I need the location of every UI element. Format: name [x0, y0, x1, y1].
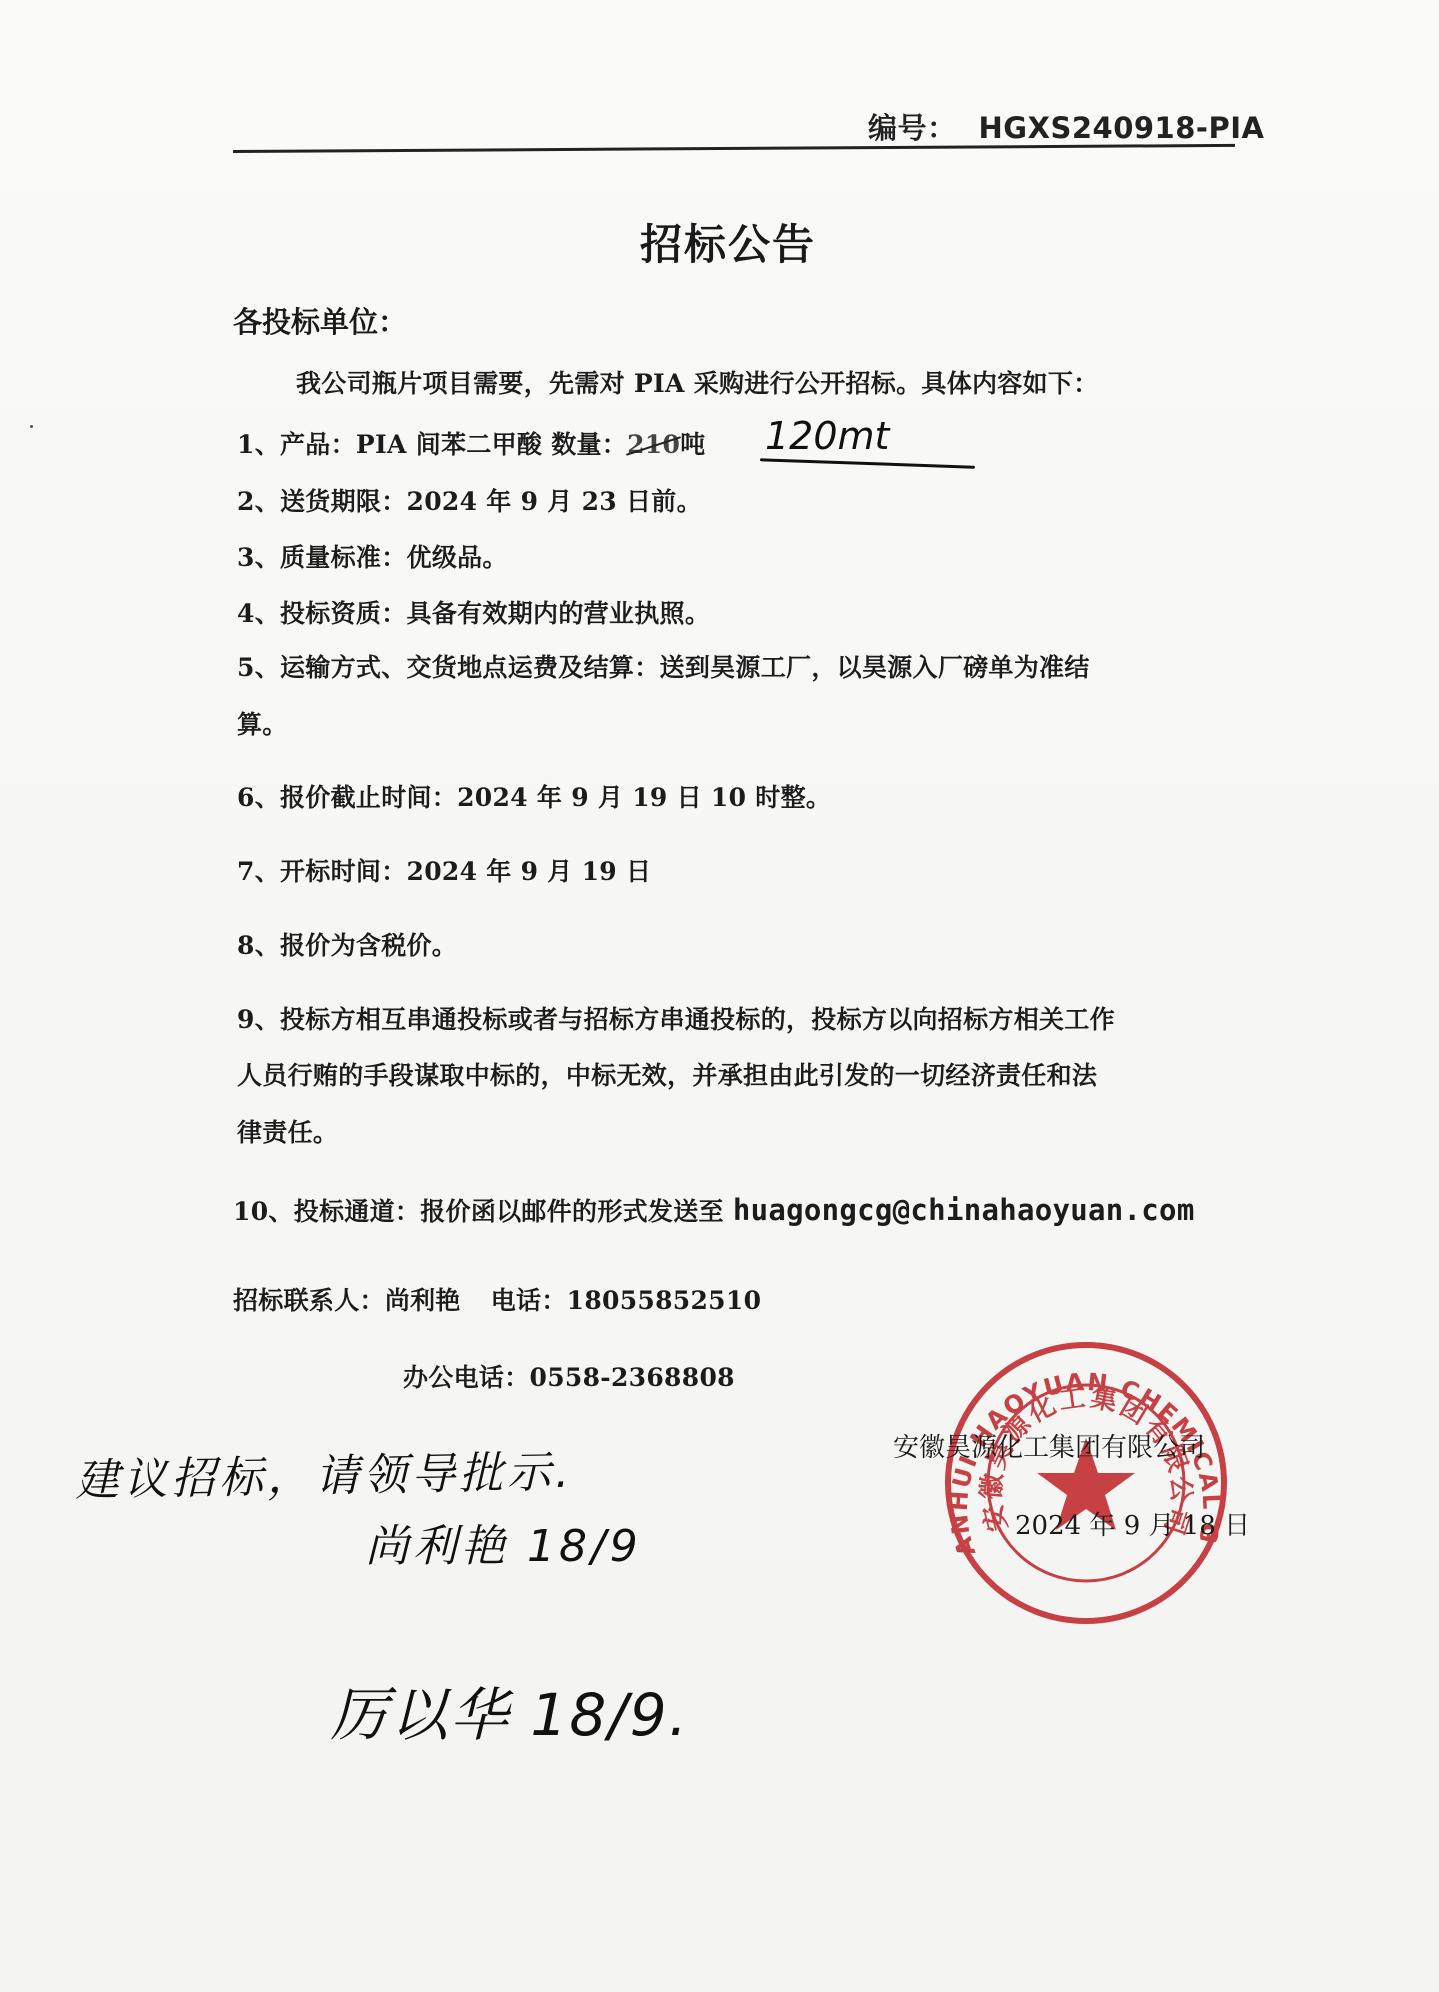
header-rule [233, 144, 1235, 153]
handwritten-underline [760, 458, 975, 469]
item-index: 5、 [237, 653, 280, 682]
item-9-continued-2: 律责任。 [237, 1113, 338, 1149]
item-index: 10、 [233, 1197, 294, 1226]
item-label: 投标资质： [280, 599, 407, 628]
item-text: 报价函以邮件的形式发送至 [420, 1197, 733, 1226]
page-title: 招标公告 [640, 212, 816, 272]
item-5: 5、运输方式、交货地点运费及结算：送到昊源工厂，以昊源入厂磅单为准结 [237, 648, 1090, 684]
item-1: 1、产品：PIA 间苯二甲酸 数量：210吨 [237, 425, 706, 461]
issue-date: 2024 年 9 月 18 日 [1015, 1505, 1250, 1542]
item-9-continued: 人员行贿的手段谋取中标的，中标无效，并承担由此引发的一切经济责任和法 [237, 1056, 1097, 1092]
item-2: 2、送货期限：2024 年 9 月 23 日前。 [237, 482, 702, 518]
item-index: 1、 [237, 430, 280, 459]
document-page: 编号：HGXS240918-PIA 招标公告 各投标单位： 我公司瓶片项目需要，… [0, 0, 1439, 1992]
item-5-continued: 算。 [237, 705, 288, 741]
item-label: 送货期限： [280, 487, 407, 516]
item-label: 质量标准： [280, 543, 407, 572]
item-8: 8、报价为含税价。 [237, 926, 457, 962]
item-label: 运输方式、交货地点运费及结算： [280, 653, 660, 682]
item-text: 报价为含税价。 [280, 931, 457, 960]
quantity-unit: 吨 [680, 430, 705, 459]
office-phone-label: 办公电话： [403, 1363, 530, 1392]
salutation: 各投标单位： [233, 300, 407, 341]
handwritten-recommendation: 建议招标，请领导批示. [74, 1436, 573, 1509]
item-index: 8、 [237, 931, 280, 960]
contact-label: 招标联系人： [233, 1286, 385, 1315]
item-3: 3、质量标准：优级品。 [237, 538, 508, 574]
item-text: 具备有效期内的营业执照。 [407, 599, 711, 628]
item-text: 优级品。 [407, 543, 508, 572]
contact-line: 招标联系人：尚利艳电话：18055852510 [233, 1281, 761, 1317]
office-phone-line: 办公电话：0558-2368808 [403, 1358, 735, 1394]
item-index: 6、 [237, 783, 280, 812]
item-text: 2024 年 9 月 19 日 10 时整。 [457, 783, 831, 812]
item-10: 10、投标通道：报价函以邮件的形式发送至 huagongcg@chinahaoy… [233, 1192, 1195, 1228]
handwritten-quantity: 120mt [765, 414, 889, 458]
issuer-company: 安徽昊源化工集团有限公司 [893, 1427, 1205, 1464]
office-phone: 0558-2368808 [530, 1363, 735, 1392]
document-number-label: 编号： [868, 111, 957, 145]
item-index: 2、 [237, 487, 280, 516]
item-4: 4、投标资质：具备有效期内的营业执照。 [237, 594, 710, 630]
item-label: 产品： [280, 430, 356, 459]
struck-quantity: 210 [627, 430, 680, 459]
item-label: 报价截止时间： [280, 783, 457, 812]
contact-name: 尚利艳 [385, 1286, 461, 1315]
item-7: 7、开标时间：2024 年 9 月 19 日 [237, 852, 651, 888]
handwritten-approval-signature: 厉以华 18/9. [330, 1668, 689, 1752]
item-6: 6、报价截止时间：2024 年 9 月 19 日 10 时整。 [237, 778, 831, 814]
intro-paragraph: 我公司瓶片项目需要，先需对 PIA 采购进行公开招标。具体内容如下： [296, 364, 1099, 400]
company-seal-stamp: ANHUI HAOYUAN CHEMICAL GROUP CO.,LTD 安徽昊… [936, 1338, 1236, 1628]
item-index: 7、 [237, 857, 280, 886]
document-number-value: HGXS240918-PIA [979, 111, 1265, 145]
item-text: 投标方相互串通投标或者与招标方串通投标的，投标方以向招标方相关工作 [280, 1005, 1115, 1034]
phone-label: 电话： [491, 1286, 567, 1315]
scan-speck [30, 425, 33, 428]
bid-email-link[interactable]: huagongcg@chinahaoyuan.com [733, 1193, 1195, 1227]
item-text: 2024 年 9 月 19 日 [407, 857, 652, 886]
item-label: 开标时间： [280, 857, 407, 886]
item-index: 9、 [237, 1005, 280, 1034]
item-text: 送到昊源工厂，以昊源入厂磅单为准结 [660, 653, 1090, 682]
item-label: 投标通道： [294, 1197, 421, 1226]
document-number: 编号：HGXS240918-PIA [868, 106, 1264, 147]
item-9: 9、投标方相互串通投标或者与招标方串通投标的，投标方以向招标方相关工作 [237, 1000, 1115, 1036]
item-text: PIA 间苯二甲酸 数量： [356, 430, 627, 459]
item-text: 2024 年 9 月 23 日前。 [407, 487, 702, 516]
item-index: 3、 [237, 543, 280, 572]
item-index: 4、 [237, 599, 280, 628]
contact-phone: 18055852510 [567, 1286, 762, 1315]
handwritten-signature-contact: 尚利艳 18/9 [365, 1510, 642, 1574]
